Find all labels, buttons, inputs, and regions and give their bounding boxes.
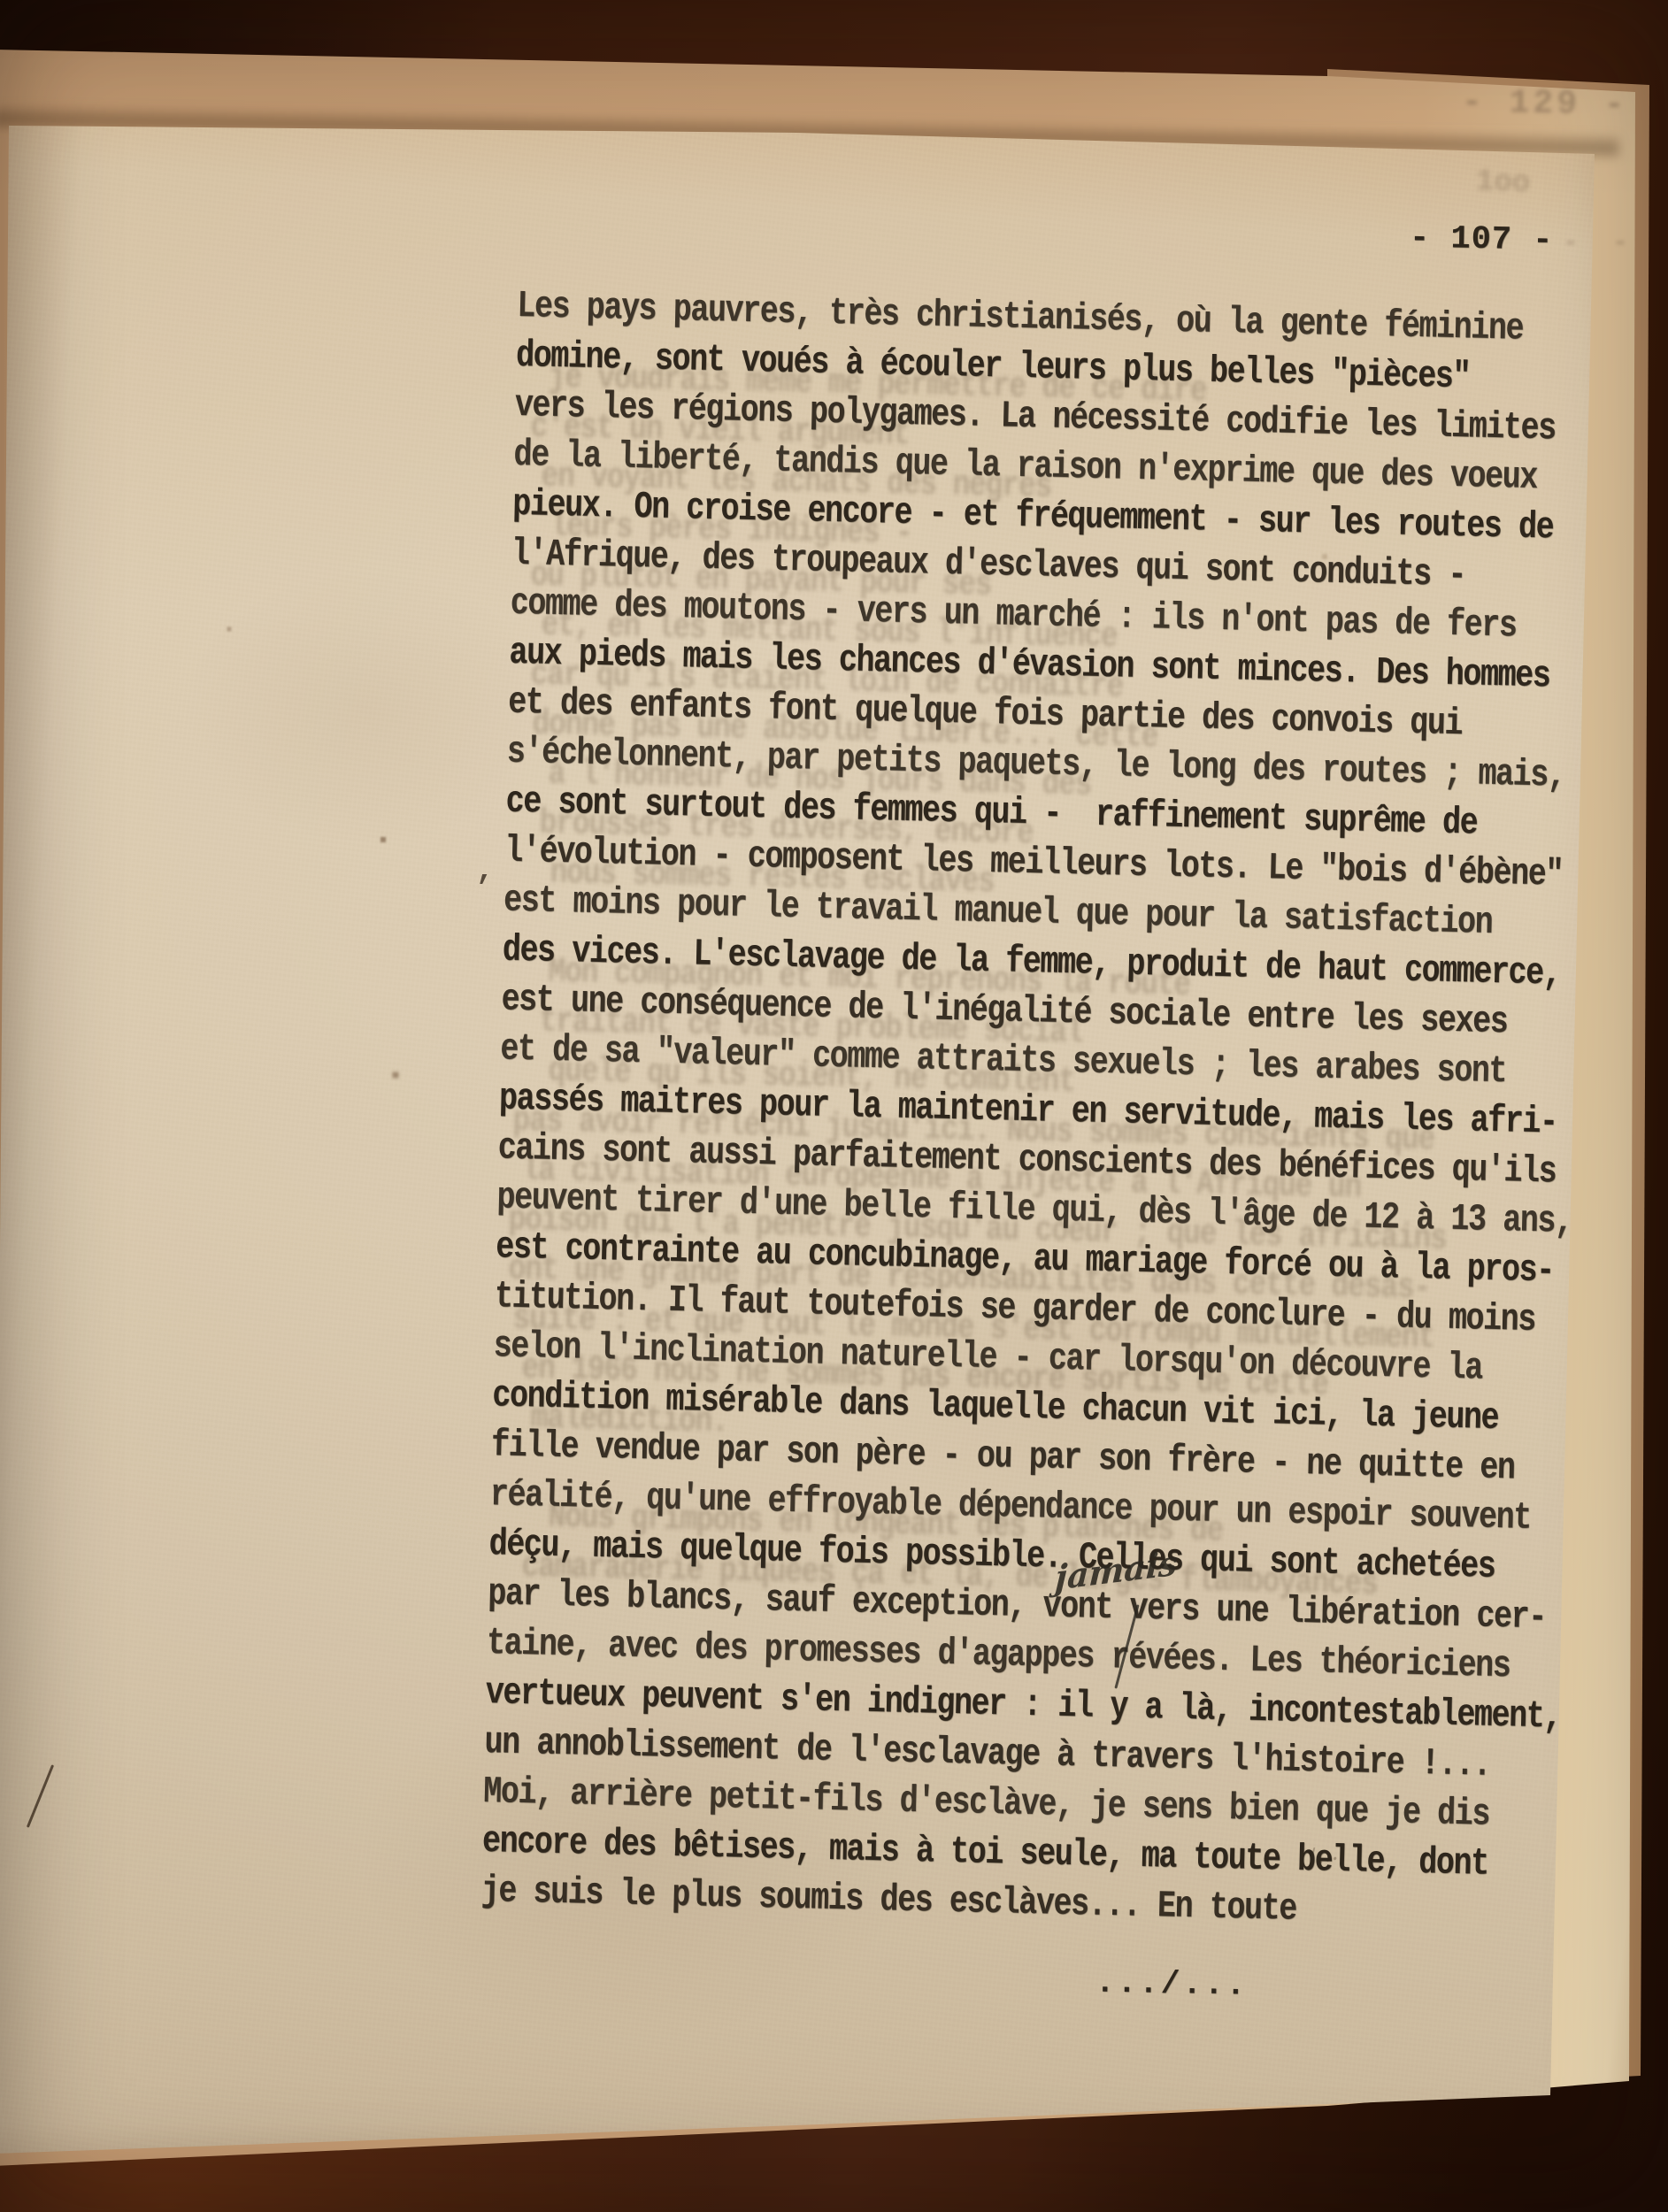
photographed-typescript-page: - 129 - 1oo - - - 107 - je voudrais même… bbox=[0, 0, 1668, 2212]
paper-specks bbox=[0, 0, 2, 2]
typewritten-text: Les pays pauvres, très christianisés, où… bbox=[480, 281, 1668, 1942]
page-content: - 129 - 1oo - - - 107 - je voudrais même… bbox=[0, 0, 1668, 2212]
